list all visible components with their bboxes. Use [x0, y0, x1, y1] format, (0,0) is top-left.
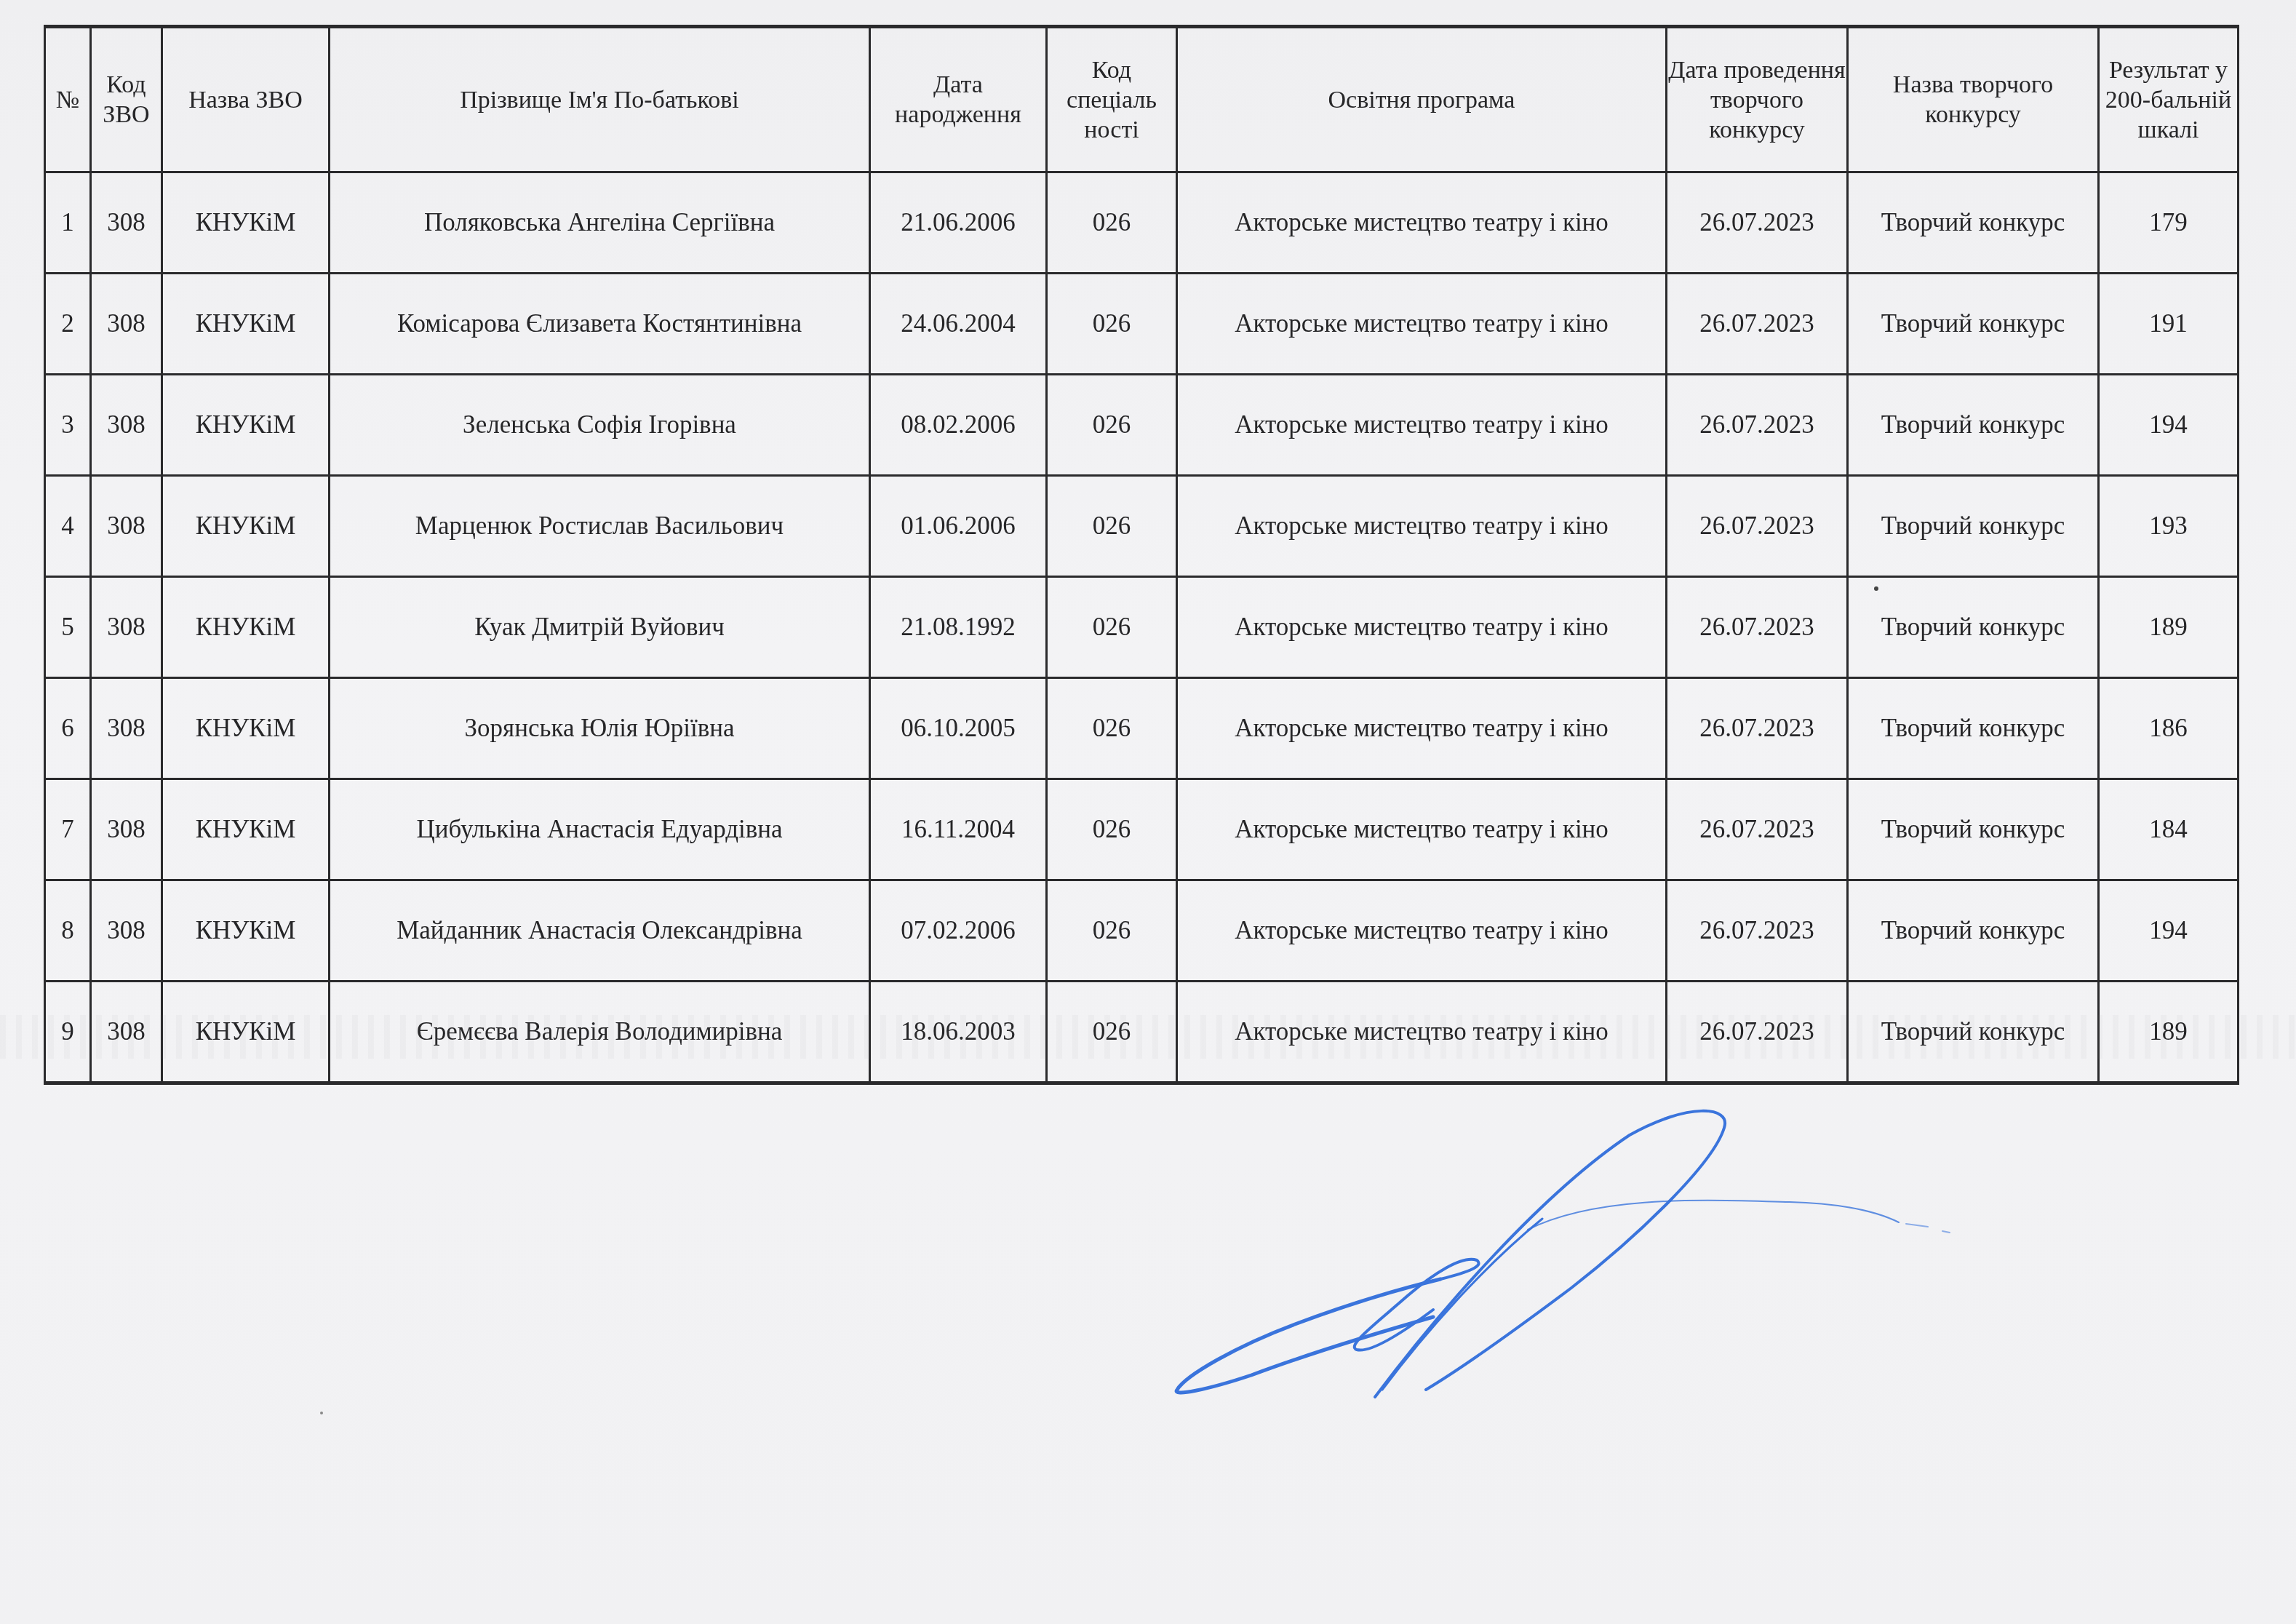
- row-specialty-code: 026: [1047, 172, 1177, 274]
- row-contest-date: 26.07.2023: [1667, 982, 1848, 1083]
- row-score: 184: [2099, 779, 2239, 880]
- row-birth-date: 01.06.2006: [870, 476, 1047, 577]
- row-full-name: Зеленська Софія Ігорівна: [330, 375, 870, 476]
- row-institution-code: 308: [91, 375, 162, 476]
- row-full-name: Марценюк Ростислав Васильович: [330, 476, 870, 577]
- row-contest-name: Творчий конкурс: [1848, 678, 2099, 779]
- row-program: Акторське мистецтво театру і кіно: [1177, 678, 1667, 779]
- header-full-name: Прізвище Ім'я По-батькові: [330, 27, 870, 172]
- row-specialty-code: 026: [1047, 577, 1177, 678]
- row-institution-code: 308: [91, 577, 162, 678]
- row-full-name: Цибулькіна Анастасія Едуардівна: [330, 779, 870, 880]
- row-program: Акторське мистецтво театру і кіно: [1177, 375, 1667, 476]
- scan-speck: [320, 1412, 323, 1414]
- row-score: 191: [2099, 274, 2239, 375]
- row-birth-date: 18.06.2003: [870, 982, 1047, 1083]
- row-institution-code: 308: [91, 880, 162, 982]
- scan-speck: [1874, 586, 1878, 591]
- row-institution-name: КНУКіМ: [162, 476, 330, 577]
- row-score: 194: [2099, 375, 2239, 476]
- row-program: Акторське мистецтво театру і кіно: [1177, 982, 1667, 1083]
- header-score: Результат у 200-бальній шкалі: [2099, 27, 2239, 172]
- row-birth-date: 06.10.2005: [870, 678, 1047, 779]
- header-institution-name: Назва ЗВО: [162, 27, 330, 172]
- header-birth-date: Дата народження: [870, 27, 1047, 172]
- row-institution-code: 308: [91, 779, 162, 880]
- row-program: Акторське мистецтво театру і кіно: [1177, 779, 1667, 880]
- row-institution-code: 308: [91, 476, 162, 577]
- row-institution-name: КНУКіМ: [162, 982, 330, 1083]
- row-contest-date: 26.07.2023: [1667, 476, 1848, 577]
- row-institution-code: 308: [91, 678, 162, 779]
- signature-icon: [1164, 1091, 2296, 1419]
- row-score: 186: [2099, 678, 2239, 779]
- row-num: 7: [45, 779, 91, 880]
- row-program: Акторське мистецтво театру і кіно: [1177, 172, 1667, 274]
- row-contest-date: 26.07.2023: [1667, 274, 1848, 375]
- row-num: 5: [45, 577, 91, 678]
- row-institution-code: 308: [91, 982, 162, 1083]
- row-specialty-code: 026: [1047, 678, 1177, 779]
- row-full-name: Куак Дмитрій Вуйович: [330, 577, 870, 678]
- row-specialty-code: 026: [1047, 880, 1177, 982]
- row-full-name: Майданник Анастасія Олександрівна: [330, 880, 870, 982]
- row-num: 9: [45, 982, 91, 1083]
- table-row: 4308КНУКіММарценюк Ростислав Васильович0…: [45, 476, 2239, 577]
- table-row: 8308КНУКіММайданник Анастасія Олександрі…: [45, 880, 2239, 982]
- row-full-name: Комісарова Єлизавета Костянтинівна: [330, 274, 870, 375]
- row-num: 8: [45, 880, 91, 982]
- scanned-page: № Код ЗВО Назва ЗВО Прізвище Ім'я По-бат…: [0, 0, 2296, 1624]
- row-specialty-code: 026: [1047, 274, 1177, 375]
- row-full-name: Поляковська Ангеліна Сергіївна: [330, 172, 870, 274]
- row-program: Акторське мистецтво театру і кіно: [1177, 880, 1667, 982]
- table-row: 1308КНУКіМПоляковська Ангеліна Сергіївна…: [45, 172, 2239, 274]
- results-table: № Код ЗВО Назва ЗВО Прізвище Ім'я По-бат…: [44, 25, 2239, 1085]
- row-institution-name: КНУКіМ: [162, 172, 330, 274]
- header-specialty-code: Код спеціаль ності: [1047, 27, 1177, 172]
- row-institution-name: КНУКіМ: [162, 880, 330, 982]
- row-num: 6: [45, 678, 91, 779]
- row-institution-name: КНУКіМ: [162, 274, 330, 375]
- row-birth-date: 16.11.2004: [870, 779, 1047, 880]
- row-full-name: Єремєєва Валерія Володимирівна: [330, 982, 870, 1083]
- header-num: №: [45, 27, 91, 172]
- row-specialty-code: 026: [1047, 375, 1177, 476]
- row-program: Акторське мистецтво театру і кіно: [1177, 577, 1667, 678]
- row-program: Акторське мистецтво театру і кіно: [1177, 274, 1667, 375]
- row-num: 1: [45, 172, 91, 274]
- row-contest-name: Творчий конкурс: [1848, 274, 2099, 375]
- row-contest-date: 26.07.2023: [1667, 779, 1848, 880]
- table-row: 2308КНУКіМКомісарова Єлизавета Костянтин…: [45, 274, 2239, 375]
- header-contest-date: Дата проведення творчого конкурсу: [1667, 27, 1848, 172]
- row-contest-date: 26.07.2023: [1667, 678, 1848, 779]
- row-contest-date: 26.07.2023: [1667, 880, 1848, 982]
- row-contest-name: Творчий конкурс: [1848, 172, 2099, 274]
- row-contest-name: Творчий конкурс: [1848, 880, 2099, 982]
- header-row: № Код ЗВО Назва ЗВО Прізвище Ім'я По-бат…: [45, 27, 2239, 172]
- row-institution-name: КНУКіМ: [162, 375, 330, 476]
- header-institution-code: Код ЗВО: [91, 27, 162, 172]
- row-institution-code: 308: [91, 274, 162, 375]
- row-birth-date: 07.02.2006: [870, 880, 1047, 982]
- row-score: 189: [2099, 982, 2239, 1083]
- row-specialty-code: 026: [1047, 982, 1177, 1083]
- row-specialty-code: 026: [1047, 779, 1177, 880]
- header-contest-name: Назва творчого конкурсу: [1848, 27, 2099, 172]
- row-birth-date: 21.06.2006: [870, 172, 1047, 274]
- table-row: 7308КНУКіМЦибулькіна Анастасія Едуардівн…: [45, 779, 2239, 880]
- row-birth-date: 21.08.1992: [870, 577, 1047, 678]
- row-birth-date: 08.02.2006: [870, 375, 1047, 476]
- row-score: 179: [2099, 172, 2239, 274]
- row-score: 194: [2099, 880, 2239, 982]
- row-contest-date: 26.07.2023: [1667, 375, 1848, 476]
- row-score: 189: [2099, 577, 2239, 678]
- row-contest-name: Творчий конкурс: [1848, 982, 2099, 1083]
- row-contest-name: Творчий конкурс: [1848, 779, 2099, 880]
- row-institution-name: КНУКіМ: [162, 678, 330, 779]
- row-full-name: Зорянська Юлія Юріївна: [330, 678, 870, 779]
- table-body: 1308КНУКіМПоляковська Ангеліна Сергіївна…: [45, 172, 2239, 1083]
- row-score: 193: [2099, 476, 2239, 577]
- row-institution-name: КНУКіМ: [162, 779, 330, 880]
- row-num: 3: [45, 375, 91, 476]
- table-row: 6308КНУКіМЗорянська Юлія Юріївна06.10.20…: [45, 678, 2239, 779]
- header-program: Освітня програма: [1177, 27, 1667, 172]
- row-institution-name: КНУКіМ: [162, 577, 330, 678]
- table-row: 3308КНУКіМЗеленська Софія Ігорівна08.02.…: [45, 375, 2239, 476]
- row-contest-name: Творчий конкурс: [1848, 577, 2099, 678]
- row-contest-date: 26.07.2023: [1667, 577, 1848, 678]
- row-birth-date: 24.06.2004: [870, 274, 1047, 375]
- row-num: 4: [45, 476, 91, 577]
- table-row: 9308КНУКіМЄремєєва Валерія Володимирівна…: [45, 982, 2239, 1083]
- row-program: Акторське мистецтво театру і кіно: [1177, 476, 1667, 577]
- row-contest-name: Творчий конкурс: [1848, 476, 2099, 577]
- table-row: 5308КНУКіМКуак Дмитрій Вуйович21.08.1992…: [45, 577, 2239, 678]
- row-contest-date: 26.07.2023: [1667, 172, 1848, 274]
- row-institution-code: 308: [91, 172, 162, 274]
- row-contest-name: Творчий конкурс: [1848, 375, 2099, 476]
- row-num: 2: [45, 274, 91, 375]
- row-specialty-code: 026: [1047, 476, 1177, 577]
